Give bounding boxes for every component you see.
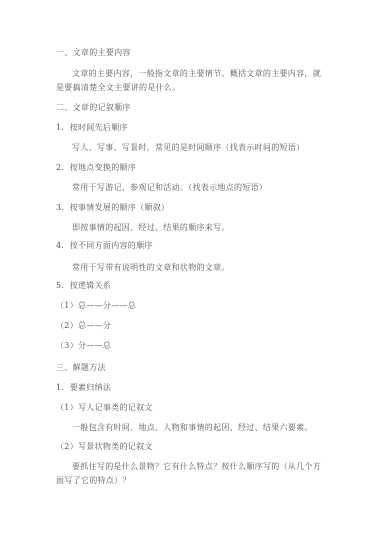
list-item-3: （3）分——总 (56, 341, 111, 351)
paragraph-2: 常用于写游记、参观记和活动。（找表示地点的短语） (72, 183, 267, 193)
paragraph-4: 常用于写带有说明性的文章和状物的文章。 (72, 263, 230, 273)
paragraph-main-content: 文章的主要内容，一般指文章的主要情节。概括文章的主要内容，就是要搞清楚全文主要讲… (56, 67, 324, 95)
method-item-1: （1）写人记事类的记叙文 (56, 403, 153, 413)
subheading-2: 2．按地点变换的顺序 (56, 163, 136, 173)
method-paragraph-2: 要抓住写的是什么景物？它有什么特点？按什么顺序写的（从几个方面写了它的特点）？ (56, 460, 324, 488)
subheading-1: 1．按时间先后顺序 (56, 123, 128, 133)
section-heading-2: 二、文章的记叙顺序 (56, 103, 131, 113)
subheading-4: 4．按不同方面内容的顺序 (56, 241, 153, 251)
subheading-5: 5．按逻辑关系 (56, 281, 111, 291)
subheading-3: 3．按事情发展的顺序（顺叙） (56, 203, 169, 213)
list-item-2: （2）总——分 (56, 321, 111, 331)
section-heading-3: 三、解题方法 (56, 363, 106, 373)
paragraph-3: 即按事情的起因、经过、结果的顺序来写。 (72, 223, 230, 233)
paragraph-1: 写人、写事、写景时，常见的是时间顺序（找表示时间的短语） (72, 143, 304, 153)
method-paragraph-1: 一般包含有时间、地点、人物和事情的起因、经过、结果六要素。 (72, 423, 313, 433)
list-item-1: （1）总——分——总 (56, 301, 136, 311)
method-item-2: （2）写景状物类的记叙文 (56, 442, 153, 452)
section-heading-1: 一、文章的主要内容 (56, 48, 131, 58)
method-heading-1: 1．要素归纳法 (56, 383, 111, 393)
